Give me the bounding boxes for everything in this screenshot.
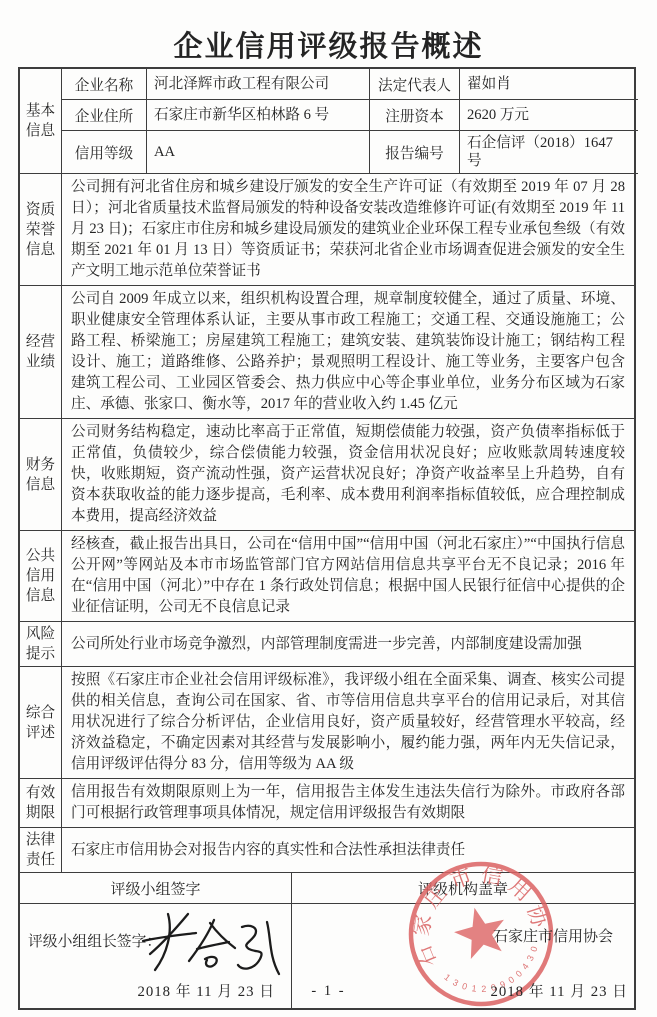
section-text: 公司自 2009 年成立以来，组织机构设置合理，规章制度较健全，通过了质量、环境… — [71, 289, 625, 415]
section-validity: 有效期限 信用报告有效期限原则上为一年，信用报告主体发生违法失信行为除外。市政府… — [20, 779, 634, 828]
section-public-credit: 公共信用信息 经核查，截止报告出具日，公司在“信用中国”“信用中国（河北石家庄）… — [20, 531, 634, 622]
section-label: 综合评述 — [25, 703, 57, 743]
section-text: 公司财务结构稳定，速动比率高于正常值，短期偿债能力较强，资产负债率指标低于正常值… — [71, 422, 625, 527]
capital-value: 2620 万元 — [460, 100, 638, 131]
address-label: 企业住所 — [62, 100, 147, 131]
section-text: 经核查，截止报告出具日，公司在“信用中国”“信用中国（河北石家庄）”“中国执行信… — [71, 534, 625, 618]
basic-info-section: 基本信息 企业名称 河北泽辉市政工程有限公司 法定代表人 翟如肖 企业住所 石家… — [20, 69, 634, 174]
capital-label: 注册资本 — [370, 100, 460, 131]
handwritten-signature — [138, 904, 288, 978]
section-business: 经营业绩 公司自 2009 年成立以来，组织机构设置合理，规章制度较健全，通过了… — [20, 286, 634, 419]
agency-seal-date: 2018 年 11 月 23 日 — [490, 980, 628, 1001]
section-text: 信用报告有效期限原则上为一年，信用报告主体发生违法失信行为除外。市政府各部门可根… — [71, 782, 625, 824]
section-qualifications: 资质荣誉信息 公司拥有河北省住房和城乡建设厅颁发的安全生产许可证（有效期至 20… — [20, 174, 634, 286]
section-text: 公司拥有河北省住房和城乡建设厅颁发的安全生产许可证（有效期至 2019 年 07… — [71, 177, 625, 282]
rating-value: AA — [147, 131, 370, 174]
company-name-label: 企业名称 — [62, 69, 147, 100]
section-label: 有效期限 — [25, 783, 57, 823]
rating-label: 信用等级 — [62, 131, 147, 174]
section-label: 资质荣誉信息 — [25, 200, 57, 260]
report-no-label: 报告编号 — [370, 131, 460, 174]
report-table: 基本信息 企业名称 河北泽辉市政工程有限公司 法定代表人 翟如肖 企业住所 石家… — [18, 67, 636, 1010]
section-label: 公共信用信息 — [25, 546, 57, 606]
section-label-basic: 基本信息 — [20, 69, 62, 174]
section-finance: 财务信息 公司财务结构稳定，速动比率高于正常值，短期偿债能力较强，资产负债率指标… — [20, 419, 634, 531]
section-label: 风险提示 — [25, 624, 57, 664]
section-risk: 风险提示 公司所处行业市场竞争激烈，内部管理制度需进一步完善，内部制度建设需加强 — [20, 622, 634, 667]
section-label: 经营业绩 — [25, 332, 57, 372]
agency-name: 石家庄市信用协会 — [493, 925, 613, 946]
legal-rep-label: 法定代表人 — [370, 69, 460, 100]
report-no-value: 石企信评（2018）1647 号 — [460, 131, 638, 174]
section-text: 公司所处行业市场竞争激烈，内部管理制度需进一步完善，内部制度建设需加强 — [71, 634, 625, 655]
team-signature-header: 评级小组签字 — [20, 873, 292, 903]
page-title: 企业信用评级报告概述 — [0, 24, 657, 65]
section-label: 财务信息 — [25, 455, 57, 495]
address-value: 石家庄市新华区柏林路 6 号 — [147, 100, 370, 131]
credit-report-page: 企业信用评级报告概述 基本信息 企业名称 河北泽辉市政工程有限公司 法定代表人 … — [0, 0, 657, 1017]
company-name-value: 河北泽辉市政工程有限公司 — [147, 69, 370, 100]
legal-rep-value: 翟如肖 — [460, 69, 638, 100]
section-text: 按照《石家庄市企业社会信用评级标准》，我评级小组在全面采集、调查、核实公司提供的… — [71, 670, 625, 775]
section-summary: 综合评述 按照《石家庄市企业社会信用评级标准》，我评级小组在全面采集、调查、核实… — [20, 667, 634, 779]
section-label: 法律责任 — [25, 830, 57, 870]
